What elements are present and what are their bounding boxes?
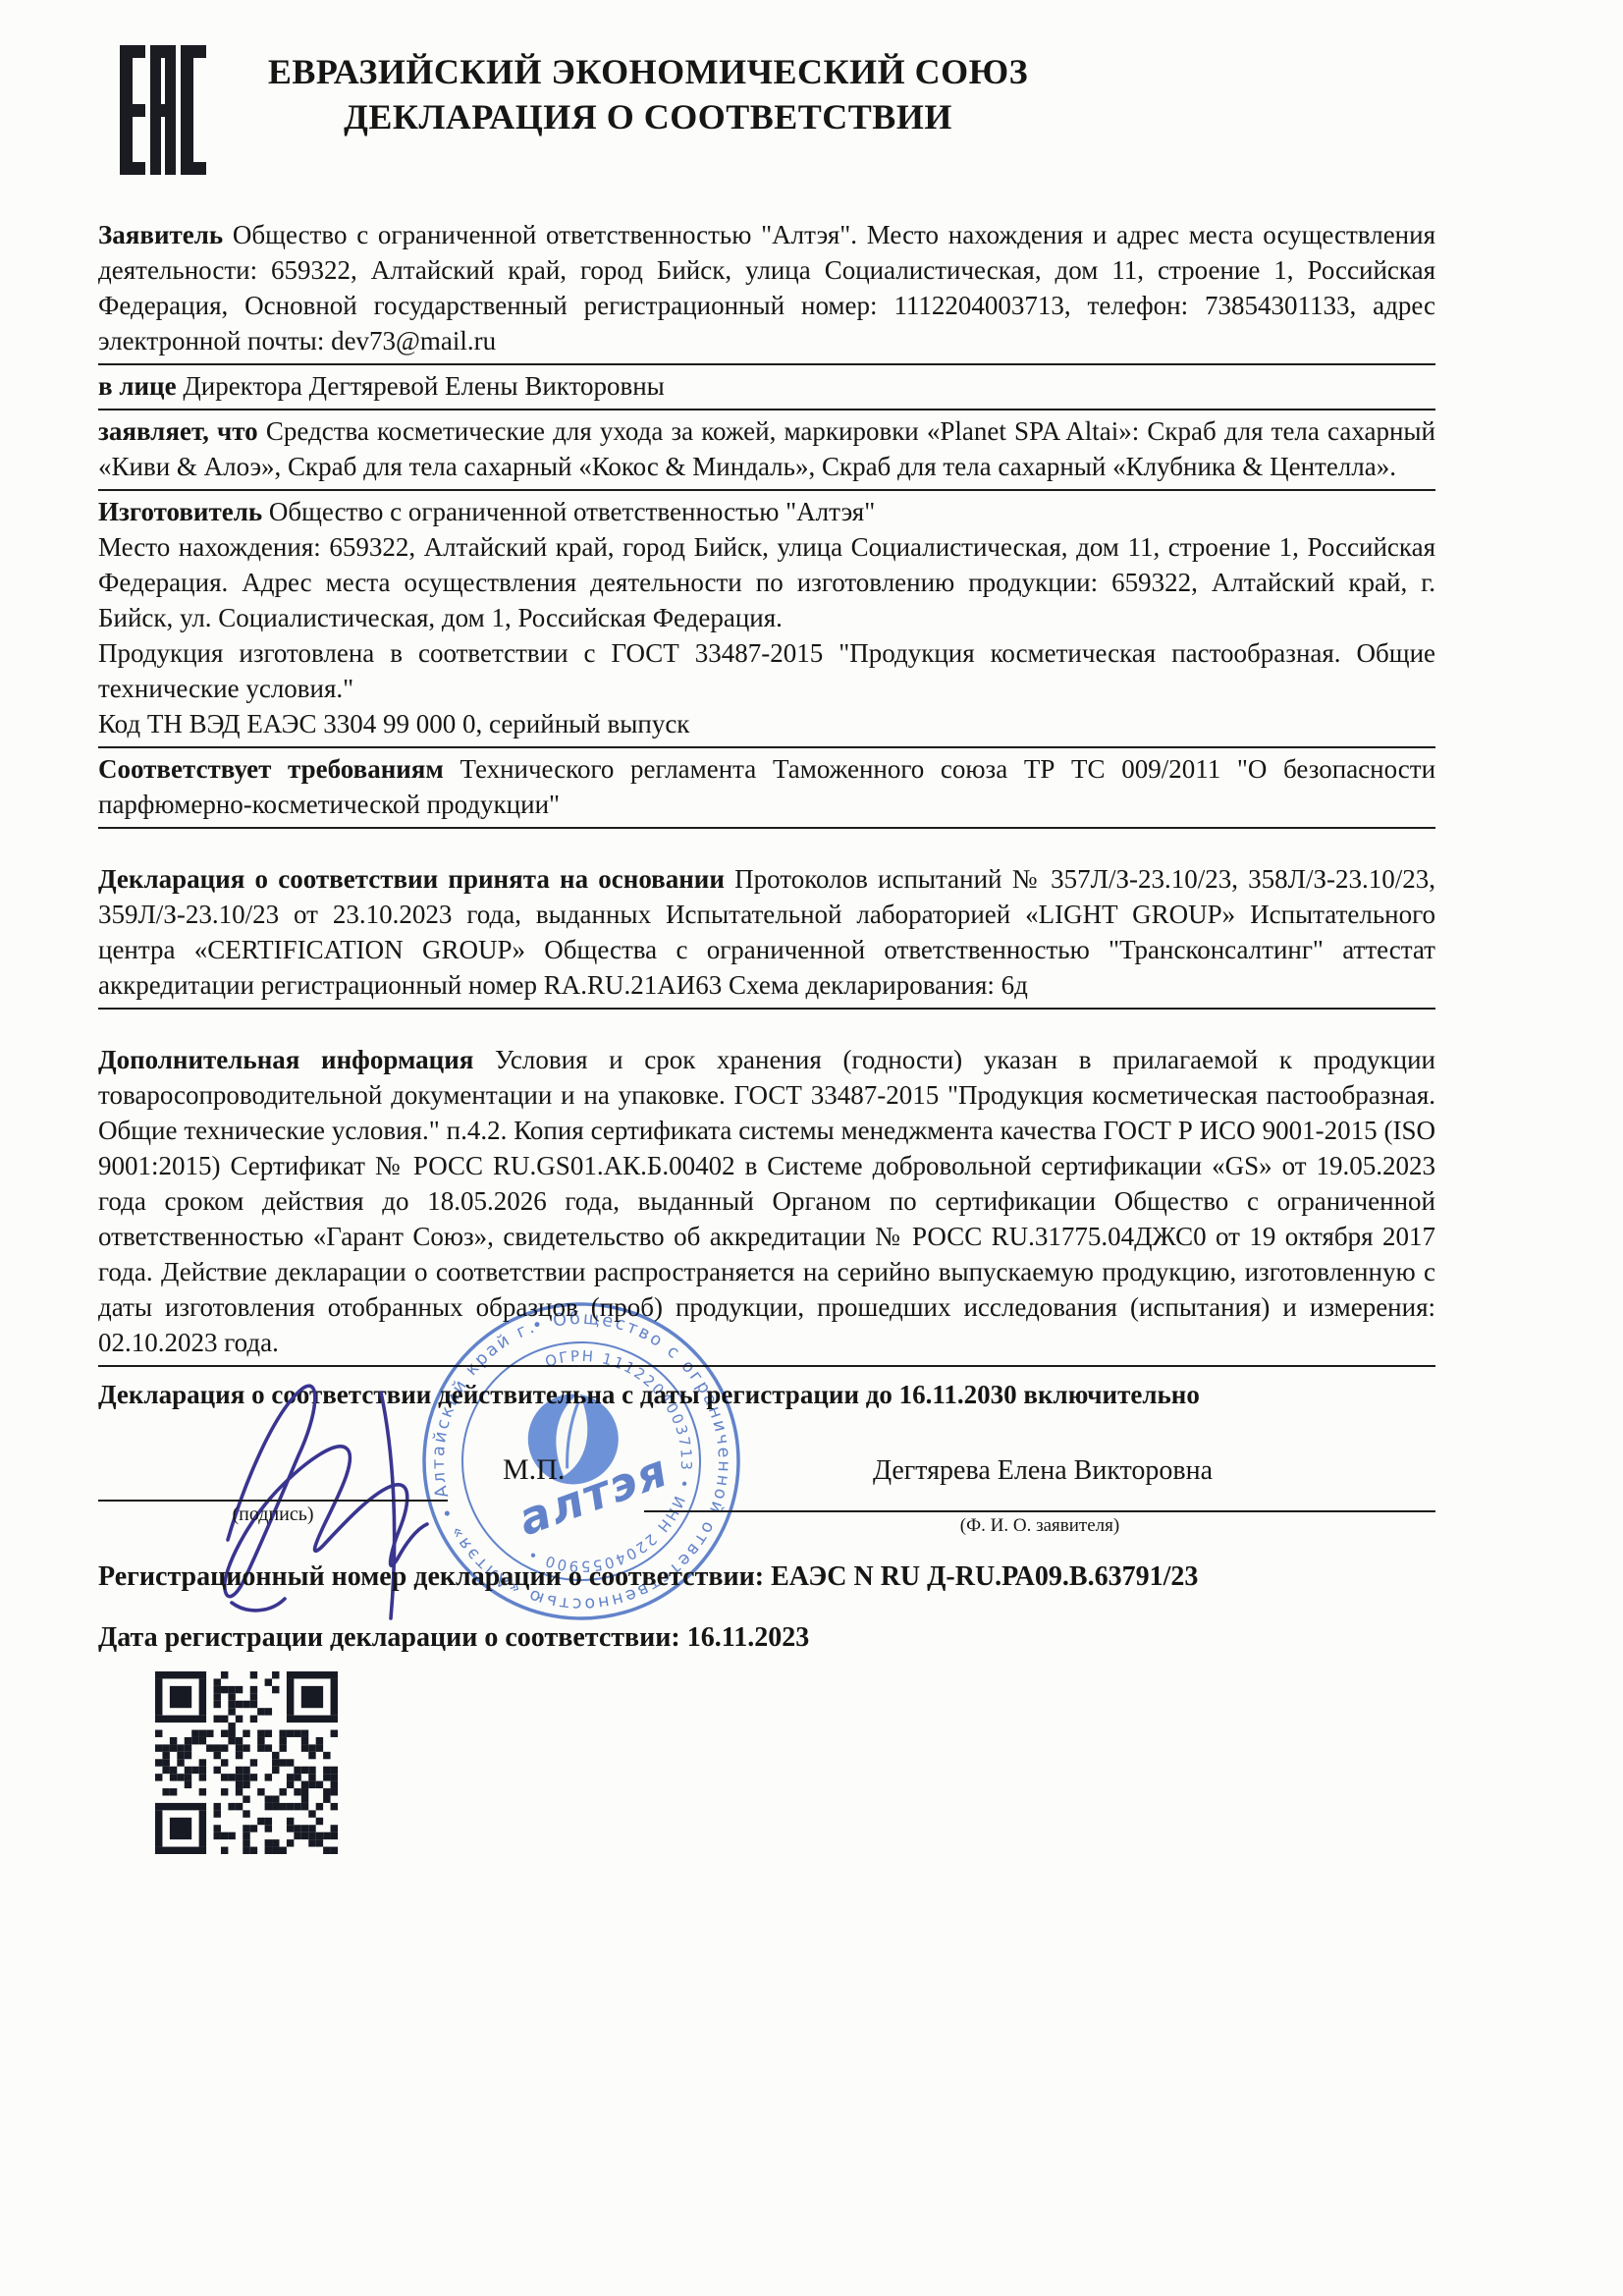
registration-date-line: Дата регистрации декларации о соответств… xyxy=(98,1622,1435,1654)
registration-number-line: Регистрационный номер декларации о соотв… xyxy=(98,1561,1435,1593)
manufacturer-name: Общество с ограниченной ответственностью… xyxy=(269,497,875,526)
declaration-document: ЕВРАЗИЙСКИЙ ЭКОНОМИЧЕСКИЙ СОЮЗ ДЕКЛАРАЦИ… xyxy=(0,0,1623,2296)
signer-name: Дегтярева Елена Викторовна xyxy=(746,1455,1339,1487)
document-header: ЕВРАЗИЙСКИЙ ЭКОНОМИЧЕСКИЙ СОЮЗ ДЕКЛАРАЦИ… xyxy=(0,0,1623,175)
in-person-section: в лице Директора Дегтяревой Елены Виктор… xyxy=(98,365,1435,410)
additional-info-label: Дополнительная информация xyxy=(98,1045,473,1074)
signer-name-line xyxy=(644,1510,1435,1512)
additional-info-text: Условия и срок хранения (годности) указа… xyxy=(98,1045,1435,1357)
manufacturer-gost: Продукция изготовлена в соответствии с Г… xyxy=(98,635,1435,706)
additional-info-section: Дополнительная информация Условия и срок… xyxy=(98,1039,1435,1367)
basis-section: Декларация о соответствии принята на осн… xyxy=(98,858,1435,1010)
declares-section: заявляет, что Средства косметические для… xyxy=(98,410,1435,491)
signer-name-caption: (Ф. И. О. заявителя) xyxy=(644,1515,1435,1537)
registration-number-value: ЕАЭС N RU Д-RU.РА09.В.63791/23 xyxy=(771,1561,1198,1592)
in-person-text: Директора Дегтяревой Елены Викторовны xyxy=(183,371,665,401)
manufacturer-label: Изготовитель xyxy=(98,497,262,526)
registration-date-label: Дата регистрации декларации о соответств… xyxy=(98,1622,680,1653)
title-line-union: ЕВРАЗИЙСКИЙ ЭКОНОМИЧЕСКИЙ СОЮЗ xyxy=(216,49,1080,94)
manufacturer-name-line: Изготовитель Общество с ограниченной отв… xyxy=(98,494,1435,529)
qr-code xyxy=(155,1671,338,1854)
document-body: Заявитель Общество с ограниченной ответс… xyxy=(98,214,1435,1418)
registration-number-label: Регистрационный номер декларации о соотв… xyxy=(98,1561,764,1592)
title-line-declaration: ДЕКЛАРАЦИЯ О СООТВЕТСТВИИ xyxy=(216,94,1080,139)
declares-text: Средства косметические для ухода за коже… xyxy=(98,416,1435,481)
signature-line xyxy=(98,1500,448,1502)
applicant-text: Общество с ограниченной ответственностью… xyxy=(98,220,1435,355)
basis-label: Декларация о соответствии принята на осн… xyxy=(98,864,725,894)
eac-mark-icon xyxy=(120,45,206,175)
compliance-section: Соответствует требованиям Технического р… xyxy=(98,748,1435,829)
compliance-label: Соответствует требованиям xyxy=(98,754,444,784)
manufacturer-tnved-code: Код ТН ВЭД ЕАЭС 3304 99 000 0, серийный … xyxy=(98,706,1435,741)
applicant-section: Заявитель Общество с ограниченной ответс… xyxy=(98,214,1435,365)
manufacturer-address: Место нахождения: 659322, Алтайский край… xyxy=(98,529,1435,635)
manufacturer-section: Изготовитель Общество с ограниченной отв… xyxy=(98,491,1435,748)
in-person-label: в лице xyxy=(98,371,177,401)
mp-seal-label: М.П. xyxy=(503,1453,565,1487)
signature-caption: (подпись) xyxy=(98,1503,448,1526)
document-title: ЕВРАЗИЙСКИЙ ЭКОНОМИЧЕСКИЙ СОЮЗ ДЕКЛАРАЦИ… xyxy=(216,45,1080,139)
declares-label: заявляет, что xyxy=(98,416,258,446)
applicant-label: Заявитель xyxy=(98,220,223,249)
registration-date-value: 16.11.2023 xyxy=(687,1622,809,1653)
